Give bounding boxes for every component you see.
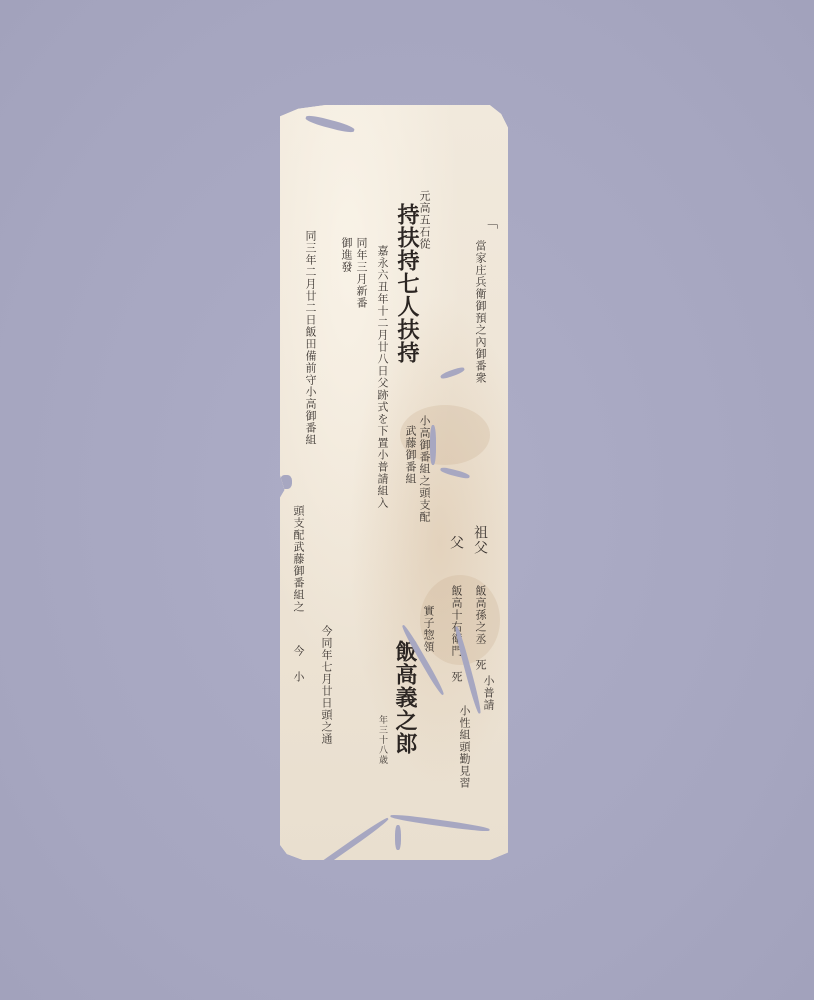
text-column-large: 飯高義之郎 <box>390 640 421 755</box>
bracket-mark: 「 <box>480 215 500 230</box>
text-column: 小性組頭勤見習 <box>456 705 472 789</box>
damage-hole <box>390 813 490 833</box>
text-column: 飯高孫之丞 死 <box>472 585 488 671</box>
text-column: 今同年七月廿日頭之通 <box>318 625 334 745</box>
damage-hole <box>296 816 390 884</box>
damage-hole <box>440 466 471 480</box>
text-column: 實子惣領 <box>420 605 436 653</box>
text-column: 祖父 <box>470 525 490 555</box>
text-column: 同三年二月廿二日飯田備前守小高御番組 <box>302 230 318 446</box>
damage-hole <box>440 366 466 380</box>
text-column: 嘉永六丑年十二月廿八日父跡式を下置小普請組入 <box>374 245 390 509</box>
text-column: 頭支配武藤御番組之 <box>290 505 306 613</box>
text-column: 當家庄兵衛御預之內御番衆 <box>472 240 488 384</box>
text-column: 年三十八歳 <box>376 715 389 765</box>
text-column: 同年三月新番 <box>353 237 369 309</box>
text-column: 今 小 <box>290 645 306 683</box>
text-column: 武藤御番組 <box>402 425 418 485</box>
damage-hole <box>305 114 355 135</box>
text-column: 小普請 <box>480 675 496 711</box>
damage-hole <box>280 475 292 489</box>
text-column: 御進發 <box>338 237 354 273</box>
damage-hole <box>430 425 436 465</box>
text-column-large: 持扶持七人扶持 <box>392 203 423 364</box>
document-paper: 「 當家庄兵衛御預之內御番衆 元高五石從 持扶持七人扶持 小高御番組之頭支配 武… <box>280 105 508 860</box>
damage-hole <box>395 825 401 850</box>
text-column: 父 <box>446 535 466 550</box>
